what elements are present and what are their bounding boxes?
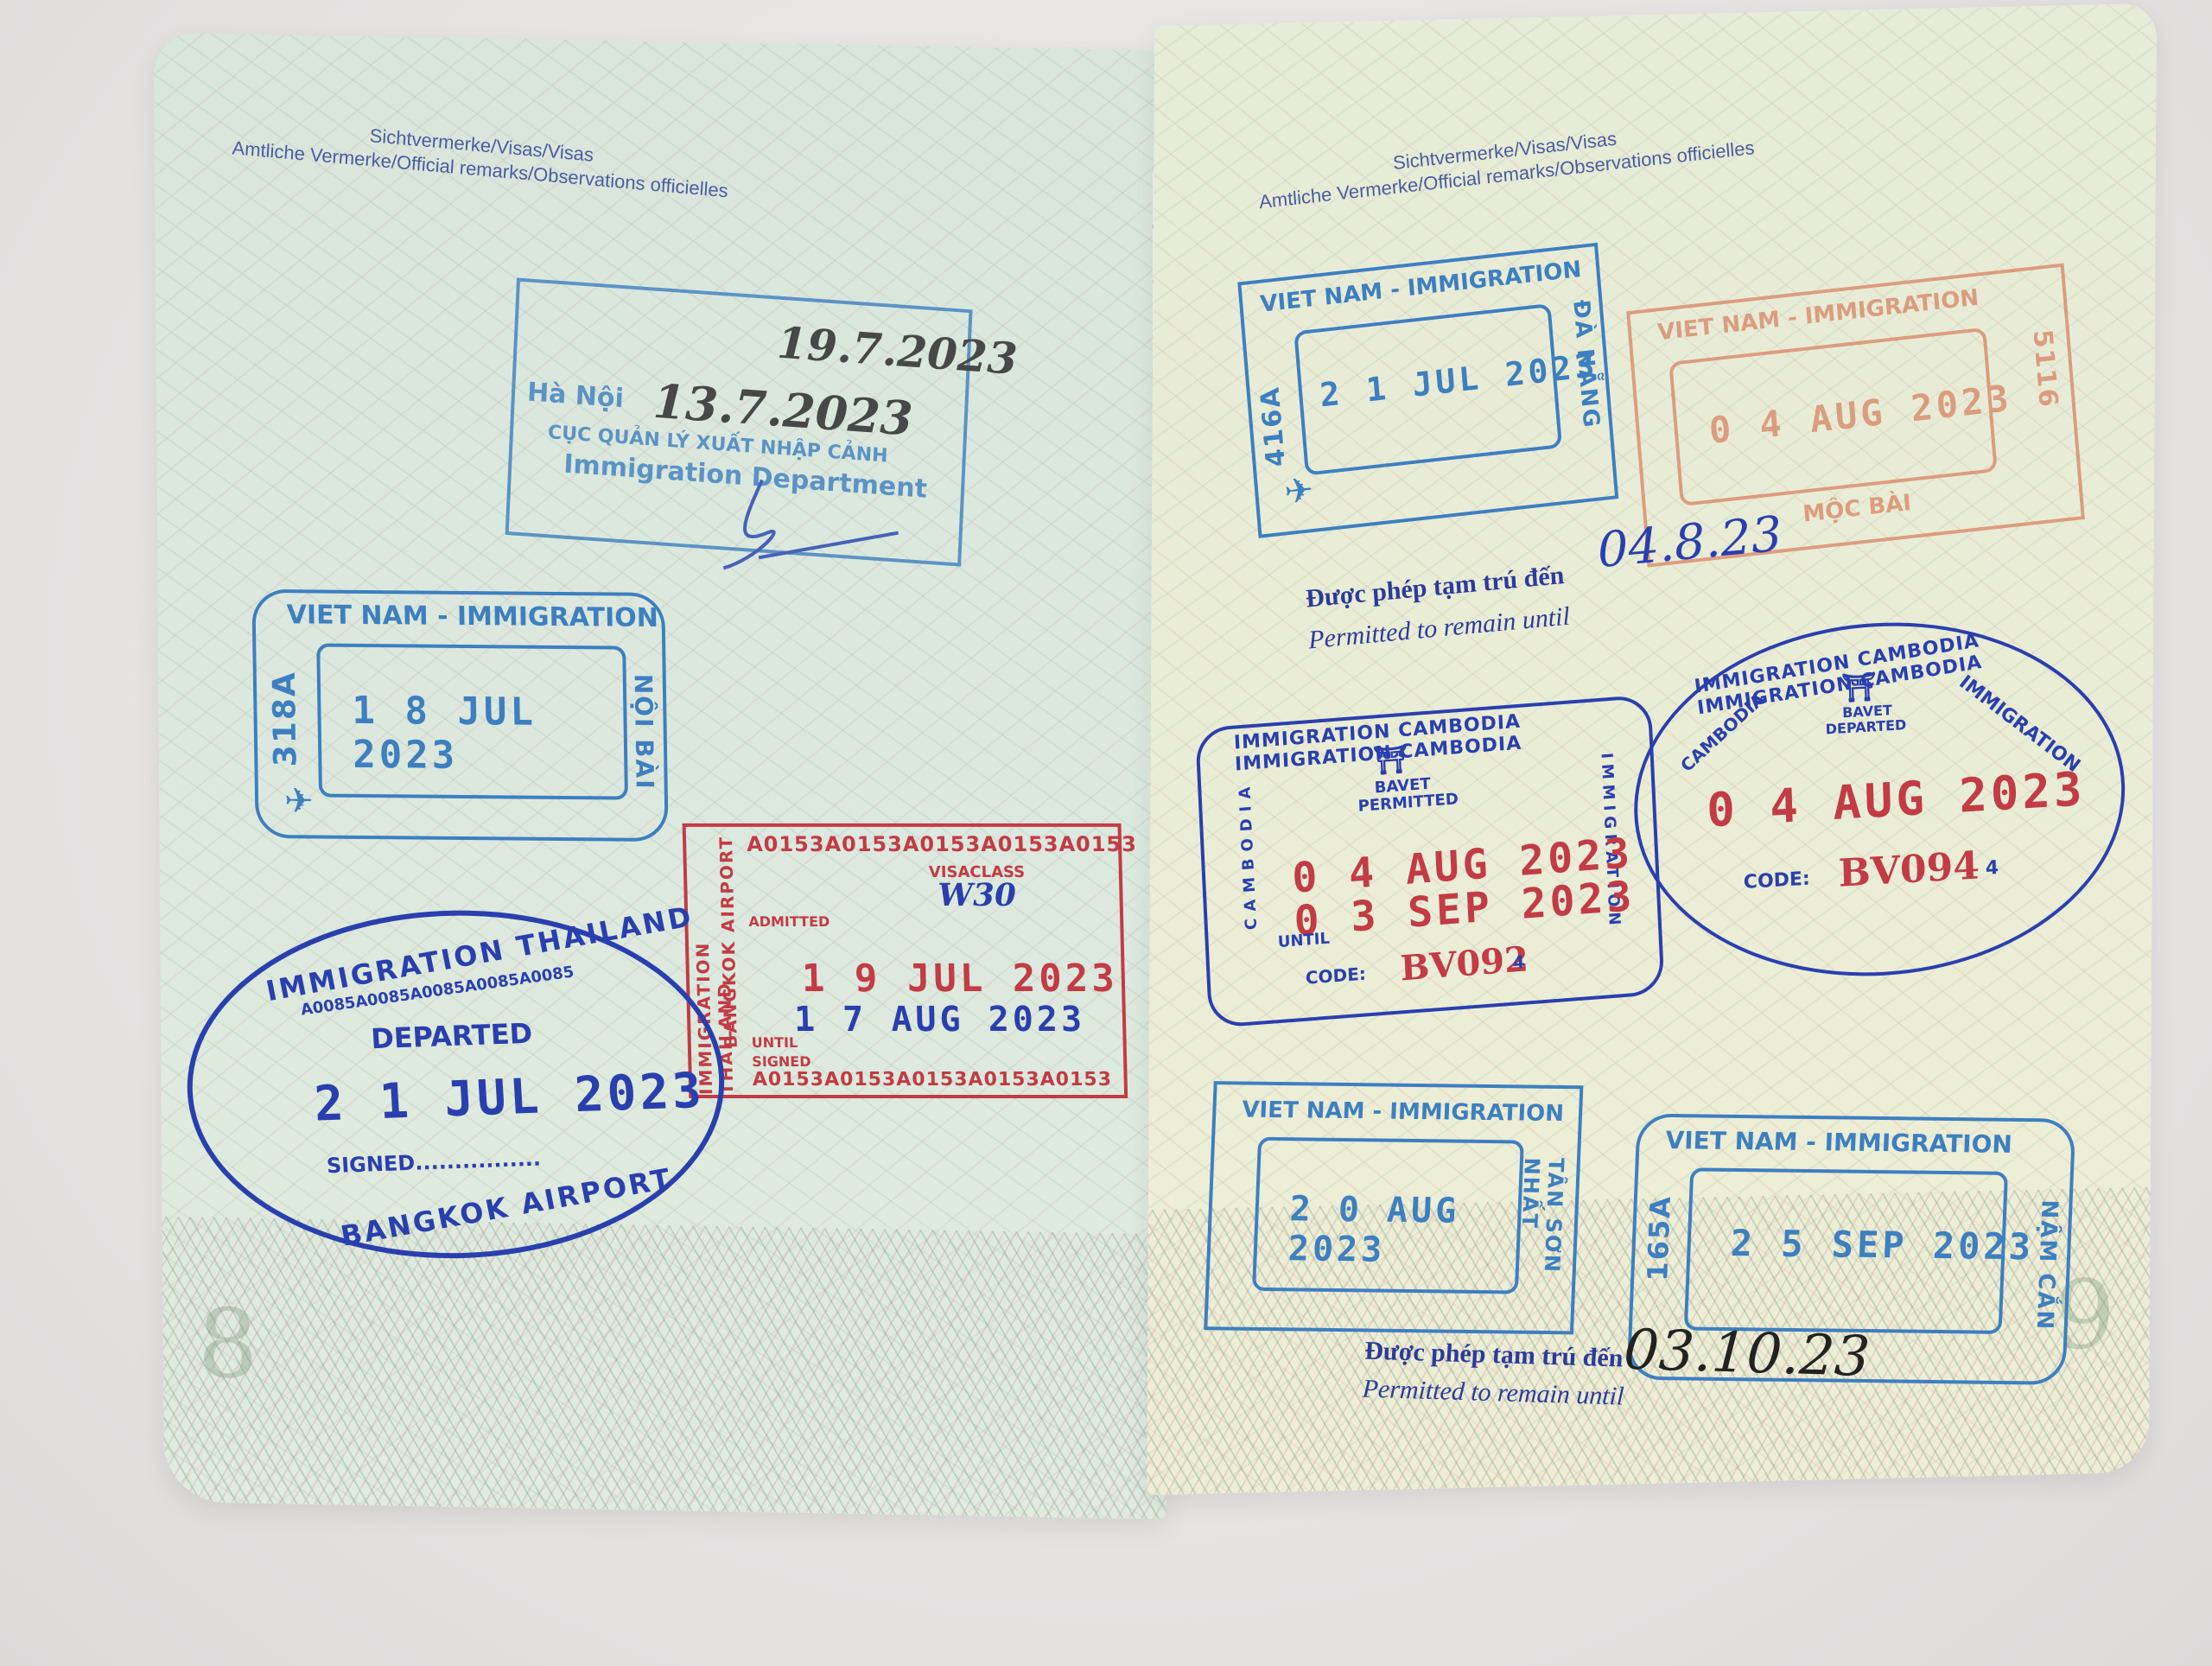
stamp-port: MỘC BÀI bbox=[1802, 490, 1912, 528]
da-nang-entry-stamp: VIET NAM - IMMIGRATION 416A 2 1 JUL 2023… bbox=[1237, 243, 1618, 538]
stamp-date: 1 8 JUL 2023 bbox=[352, 689, 664, 779]
stamp-date: 0 4 AUG 2023 bbox=[1706, 761, 2086, 837]
stamp-date: 1 9 JUL 2023 bbox=[801, 957, 1118, 1001]
stamp-status: DEPARTED bbox=[1825, 716, 1906, 737]
until-label: UNTIL bbox=[1277, 930, 1330, 951]
stamp-place: Hà Nội bbox=[526, 377, 624, 414]
code-value: BV094 bbox=[1838, 843, 1980, 895]
permitted-to-remain-1: Được phép tạm trú đến Permitted to remai… bbox=[1305, 561, 1571, 656]
permitted-to-remain-2: Được phép tạm trú đến Permitted to remai… bbox=[1362, 1337, 1627, 1412]
airplane-icon: ✈ bbox=[1283, 470, 1315, 512]
handwritten-date: 04.8.23 bbox=[1596, 506, 1783, 579]
stamp-date: 2 5 SEP 2023 bbox=[1730, 1222, 2035, 1268]
signed-label: SIGNED................ bbox=[326, 1147, 541, 1179]
bavet-entry-stamp: IMMIGRATION CAMBODIA IMMIGRATION CAMBODI… bbox=[1195, 694, 1665, 1028]
code-suffix: 4 bbox=[1512, 951, 1525, 973]
stamp-title: VIET NAM - IMMIGRATION bbox=[1665, 1126, 2013, 1159]
until-label: UNTIL bbox=[752, 1034, 798, 1051]
stamp-side-text: CAMBODIA bbox=[1236, 779, 1261, 931]
stamp-code: 416A bbox=[1255, 385, 1292, 468]
passport-page-left: 8 Sichtvermerke/Visas/Visas Amtliche Ver… bbox=[154, 33, 1166, 1519]
stamp-code: 165A bbox=[1641, 1195, 1677, 1281]
handwritten-date: 03.10.23 bbox=[1622, 1319, 1872, 1389]
thailand-departure-stamp: IMMIGRATION THAILAND A0085A0085A0085A008… bbox=[177, 901, 734, 1268]
stamp-port: TÂN SƠN NHẤT bbox=[1513, 1157, 1568, 1331]
stamp-border-text: IMMIGRATION CAMBODIA IMMIGRATION CAMBODI… bbox=[1233, 702, 1649, 776]
stamp-date: 2 1 JUL 2023 bbox=[313, 1063, 707, 1133]
signature-icon bbox=[706, 467, 918, 585]
tan-son-nhat-exit-stamp: VIET NAM - IMMIGRATION 2 0 AUG 2023 TÂN … bbox=[1204, 1081, 1583, 1334]
stamp-status: PERMITTED bbox=[1357, 790, 1459, 816]
hanoi-visa-stamp: Hà Nội CỤC QUẢN LÝ XUẤT NHẬP CẢNH Immigr… bbox=[505, 277, 973, 566]
page-number: 8 bbox=[197, 1288, 258, 1400]
code-value: BV092 bbox=[1400, 938, 1529, 989]
stamp-port: NỘI BÀI bbox=[629, 674, 659, 791]
stamp-code: 318A bbox=[267, 671, 304, 766]
stamp-title: VIET NAM - IMMIGRATION bbox=[1242, 1097, 1565, 1127]
bavet-exit-stamp: IMMIGRATION CAMBODIA IMMIGRATION CAMBODI… bbox=[1629, 609, 2130, 989]
code-label: CODE: bbox=[1743, 868, 1810, 893]
passport-page-right: 9 Sichtvermerke/Visas/Visas Amtliche Ver… bbox=[1147, 3, 2157, 1496]
airplane-icon: ✈ bbox=[284, 781, 314, 821]
visaclass-value: W30 bbox=[938, 877, 1017, 913]
admitted-label: ADMITTED bbox=[748, 913, 829, 930]
page-header: Sichtvermerke/Visas/Visas Amtliche Verme… bbox=[232, 111, 730, 203]
code-label: CODE: bbox=[1305, 963, 1366, 989]
stamp-port: ĐÀ NẴNG bbox=[1567, 298, 1604, 429]
stamp-serial: A0153A0153A0153A0153A0153 bbox=[753, 1069, 1113, 1091]
noi-bai-entry-stamp: VIET NAM - IMMIGRATION 318A 1 8 JUL 2023… bbox=[251, 589, 668, 842]
stamp-side-text: IMMIGRATION bbox=[1955, 671, 2085, 777]
signed-label: SIGNED bbox=[752, 1053, 811, 1070]
stamp-serial: A0153A0153A0153A0153A0153 bbox=[747, 832, 1137, 856]
stamp-port: NẬM CẮN bbox=[2031, 1199, 2063, 1331]
security-pattern bbox=[162, 1217, 1166, 1519]
stamp-code: 5116 bbox=[2027, 328, 2063, 410]
until-date: 1 7 AUG 2023 bbox=[794, 1000, 1086, 1040]
handwritten-date: 19.7.2023 bbox=[776, 317, 1019, 385]
stamp-side-text: BANGKOK AIRPORT bbox=[715, 836, 741, 1048]
thailand-arrival-stamp: IMMIGRATION THAILAND BANGKOK AIRPORT A01… bbox=[683, 823, 1128, 1098]
temple-icon: ⛩ bbox=[1841, 670, 1878, 704]
temple-icon: ⛩ bbox=[1372, 742, 1408, 778]
page-header: Sichtvermerke/Visas/Visas Amtliche Verme… bbox=[1256, 111, 1756, 214]
code-suffix: 4 bbox=[1985, 857, 1999, 880]
stamp-status: DEPARTED bbox=[370, 1017, 533, 1056]
stamp-title: VIET NAM - IMMIGRATION bbox=[286, 600, 658, 633]
